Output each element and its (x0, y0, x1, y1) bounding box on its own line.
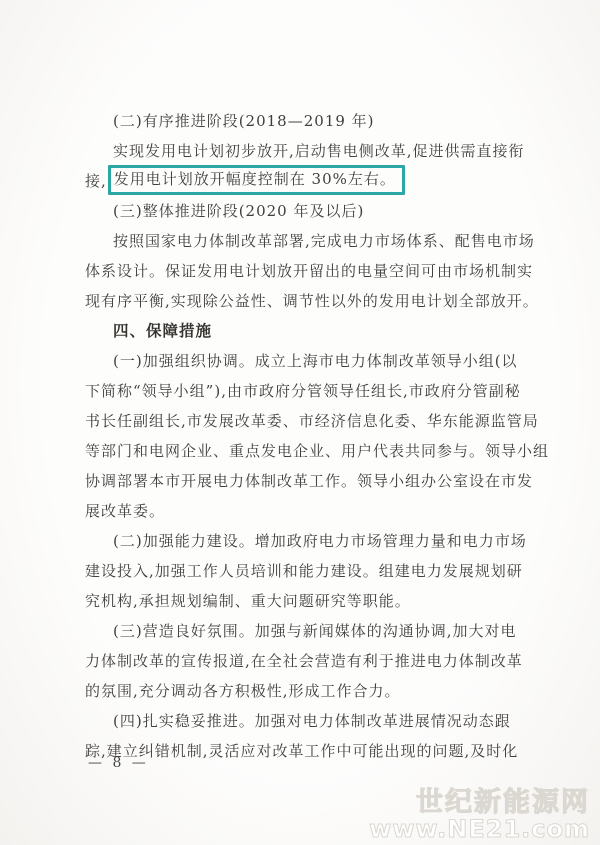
line-prefix: 接, (85, 172, 107, 190)
page-number: — 8 — (88, 755, 149, 771)
paragraph-line: 踪,建立纠错机制,灵活应对改革工作中可能出现的问题,及时化 (85, 736, 517, 766)
stage-3-subheading: (三)整体推进阶段(2020 年及以后) (85, 196, 517, 226)
paragraph-line: 现有序平衡,实现除公益性、调节性以外的发用电计划全部放开。 (85, 286, 517, 316)
paragraph-line: 建设投入,加强工作人员培训和能力建设。组建电力发展规划研 (85, 556, 517, 586)
paragraph-line: 协调部署本市开展电力体制改革工作。领导小组办公室设在市发 (85, 466, 517, 496)
paragraph-line: 按照国家电力体制改革部署,完成电力市场体系、配售电市场 (85, 226, 517, 256)
paragraph-line: (一)加强组织协调。成立上海市电力体制改革领导小组(以 (85, 346, 517, 376)
paragraph-line: 体系设计。保证发用电计划放开留出的电量空间可由市场机制实 (85, 256, 517, 286)
paragraph-line: (二)加强能力建设。增加政府电力市场管理力量和电力市场 (85, 526, 517, 556)
paragraph-line: (四)扎实稳妥推进。加强对电力体制改革进展情况动态跟 (85, 706, 517, 736)
document-body: (二)有序推进阶段(2018—2019 年) 实现发用电计划初步放开,启动售电侧… (85, 106, 517, 766)
watermark: 世纪新能源网 www.NE21.com (369, 789, 590, 841)
paragraph-line: 等部门和电网企业、重点发电企业、用户代表共同参与。领导小组 (85, 436, 517, 466)
boxed-emphasis-line: 接,发用电计划放开幅度控制在 30%左右。 (85, 166, 517, 196)
paragraph-line: 书长任副组长,市发展改革委、市经济信息化委、华东能源监管局 (85, 406, 517, 436)
watermark-site-name: 世纪新能源网 (369, 789, 590, 816)
watermark-site-url: www.NE21.com (369, 817, 590, 841)
paragraph-line: (三)营造良好氛围。加强与新闻媒体的沟通协调,加大对电 (85, 616, 517, 646)
paragraph-line: 的氛围,充分调动各方积极性,形成工作合力。 (85, 676, 517, 706)
section-4-heading: 四、保障措施 (85, 316, 517, 346)
paragraph-line: 展改革委。 (85, 496, 517, 526)
paragraph-line: 实现发用电计划初步放开,启动售电侧改革,促进供需直接衔 (85, 136, 517, 166)
paragraph-line: 下简称“领导小组”),由市政府分管领导任组长,市政府分管副秘 (85, 376, 517, 406)
paragraph-line: 究机构,承担规划编制、重大问题研究等职能。 (85, 586, 517, 616)
paragraph-line: 力体制改革的宣传报道,在全社会营造有利于推进电力体制改革 (85, 646, 517, 676)
stage-2-subheading: (二)有序推进阶段(2018—2019 年) (85, 106, 517, 136)
highlight-box: 发用电计划放开幅度控制在 30%左右。 (108, 165, 405, 195)
